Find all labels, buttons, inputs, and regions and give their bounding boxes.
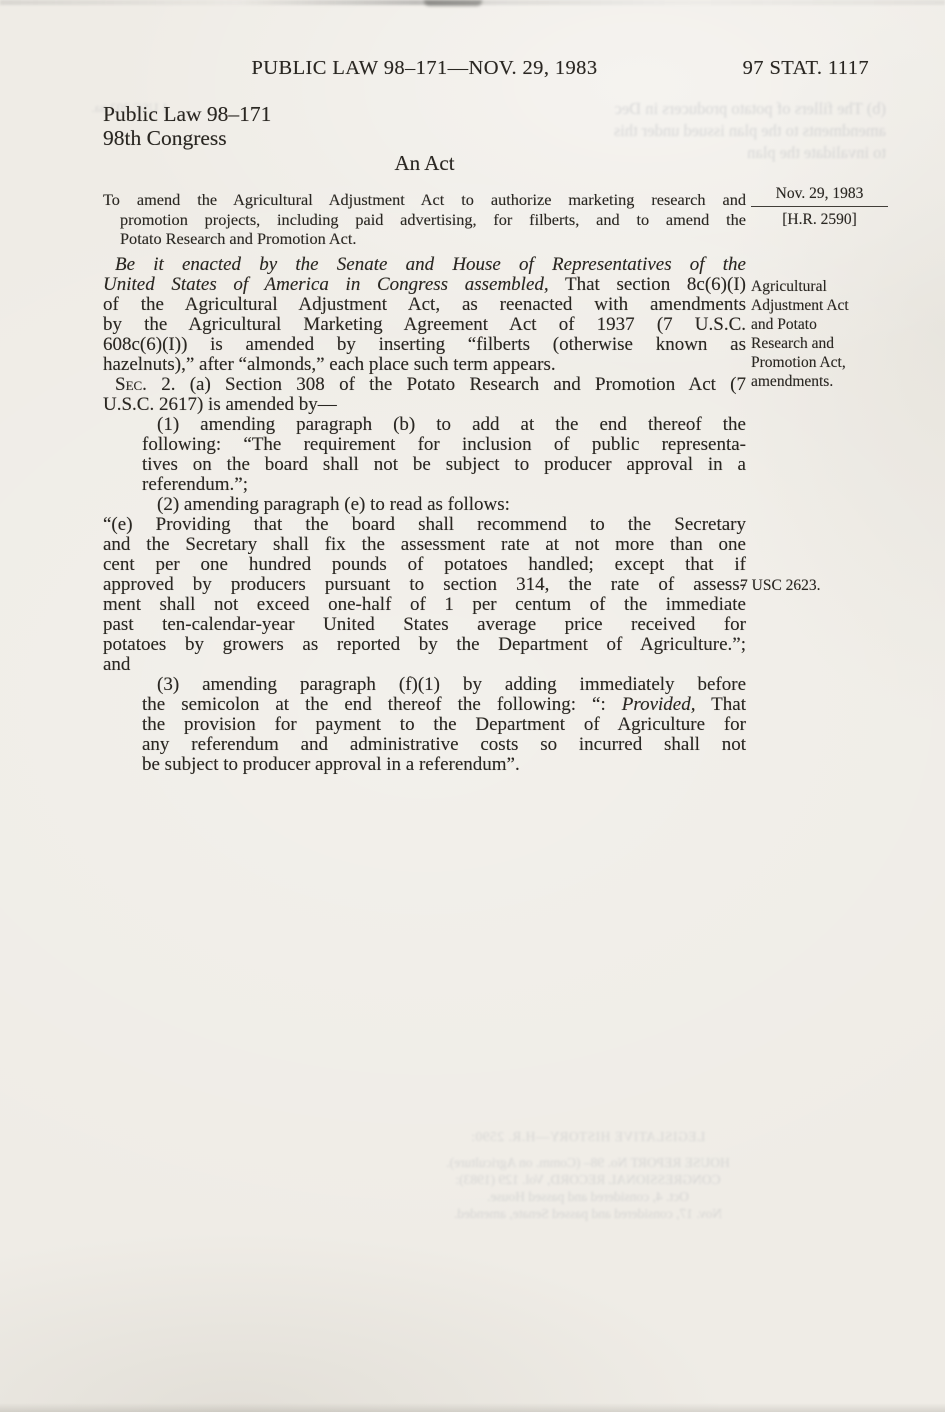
text-line: the semicolon at the end thereof the fol… <box>142 695 746 715</box>
text-line: following: “The requirement for inclusio… <box>142 435 746 455</box>
text-line: Adjustment Act <box>751 296 891 315</box>
text-line: Oct. 4, considered and passed House. <box>388 1188 788 1205</box>
text-line: of the Agricultural Adjustment Act, as r… <box>103 295 746 315</box>
text-line: amendments. <box>751 372 891 391</box>
text-line: referendum.”; <box>142 475 746 495</box>
text-line: Agricultural <box>751 277 891 296</box>
sidenote-bill-number: [H.R. 2590] <box>751 210 888 229</box>
preamble: To amend the Agricultural Adjustment Act… <box>103 190 746 249</box>
text-line: amendments to the plan issued under this <box>578 120 886 142</box>
text-line: by the Agricultural Marketing Agreement … <box>103 315 746 335</box>
text-line: HOUSE REPORT No. 98– (Comm. on Agricultu… <box>388 1154 788 1171</box>
paragraph-clause: (2) amending paragraph (e) to read as fo… <box>103 495 746 515</box>
scanned-statute-page: { "document": { "running_header": { "law… <box>0 0 945 1412</box>
text-line: promotion projects, including paid adver… <box>103 210 746 230</box>
text-line: approved by producers pursuant to sectio… <box>103 575 746 595</box>
text-line: 608c(6)(I)) is amended by inserting “fil… <box>103 335 746 355</box>
text-line: hazelnuts),” after “almonds,” each place… <box>103 355 746 375</box>
text-line: and <box>103 655 746 675</box>
text-line: the provision for payment to the Departm… <box>142 715 746 735</box>
sidenote-date: Nov. 29, 1983 <box>751 184 888 207</box>
running-header-stat-page: 97 STAT. 1117 <box>723 57 869 80</box>
scan-smudge <box>424 0 482 6</box>
paragraph-clause: (3) amending paragraph (f)(1) by adding … <box>103 675 746 775</box>
sidenote-usc-citation: 7 USC 2623. <box>740 576 890 595</box>
text-line: Nov. 17, considered and passed Senate, a… <box>388 1205 788 1222</box>
statute-body: Be it enacted by the Senate and House of… <box>103 255 746 775</box>
scan-edge-bottom <box>0 1403 945 1412</box>
text-line: To amend the Agricultural Adjustment Act… <box>103 190 746 210</box>
act-heading: An Act <box>103 151 746 176</box>
paragraph-section: Sec. 2. (a) Section 308 of the Potato Re… <box>103 375 746 415</box>
text-line: CONGRESSIONAL RECORD, Vol. 129 (1983): <box>388 1171 788 1188</box>
text-line: past ten-calendar-year United States ave… <box>103 615 746 635</box>
congress-number: 98th Congress <box>103 127 271 151</box>
title-block: Public Law 98–171 98th Congress <box>103 103 271 150</box>
text-line: United States of America in Congress ass… <box>103 275 746 295</box>
text-line: Sec. 2. (a) Section 308 of the Potato Re… <box>103 375 746 395</box>
text-line: potatoes by growers as reported by the D… <box>103 635 746 655</box>
text-line: (1) amending paragraph (b) to add at the… <box>142 415 746 435</box>
text-line: Research and <box>751 334 891 353</box>
text-line: U.S.C. 2617) is amended by— <box>103 395 746 415</box>
text-line: tives on the board shall not be subject … <box>142 455 746 475</box>
text-line: Promotion Act, <box>751 353 891 372</box>
text-line: cent per one hundred pounds of potatoes … <box>103 555 746 575</box>
text-line: (b) The fillers of potato producers in D… <box>578 98 886 120</box>
running-header-law: PUBLIC LAW 98–171—NOV. 29, 1983 <box>103 57 746 80</box>
text-line: any referendum and administrative costs … <box>142 735 746 755</box>
paragraph-enacting: Be it enacted by the Senate and House of… <box>103 255 746 375</box>
text-line: LEGISLATIVE HISTORY—H.R. 2590: <box>388 1128 788 1145</box>
text-line: (3) amending paragraph (f)(1) by adding … <box>142 675 746 695</box>
paragraph-clause: (1) amending paragraph (b) to add at the… <box>103 415 746 495</box>
text-line: Potato Research and Promotion Act. <box>103 229 746 249</box>
text-line: ment shall not exceed one-half of 1 per … <box>103 595 746 615</box>
sidenote-date-block: Nov. 29, 1983 [H.R. 2590] <box>751 184 888 229</box>
public-law-number: Public Law 98–171 <box>103 103 271 127</box>
sidenote-subject: AgriculturalAdjustment Actand PotatoRese… <box>751 277 891 391</box>
bleed-through-legislative-history: LEGISLATIVE HISTORY—H.R. 2590:HOUSE REPO… <box>388 1128 788 1222</box>
text-line: (2) amending paragraph (e) to read as fo… <box>142 495 746 515</box>
text-line: and the Secretary shall fix the assessme… <box>103 535 746 555</box>
text-line: Be it enacted by the Senate and House of… <box>103 255 746 275</box>
text-line: be subject to producer approval in a ref… <box>142 755 746 775</box>
paragraph-flush: “(e) Providing that the board shall reco… <box>103 515 746 675</box>
text-line: and Potato <box>751 315 891 334</box>
text-line: “(e) Providing that the board shall reco… <box>103 515 746 535</box>
